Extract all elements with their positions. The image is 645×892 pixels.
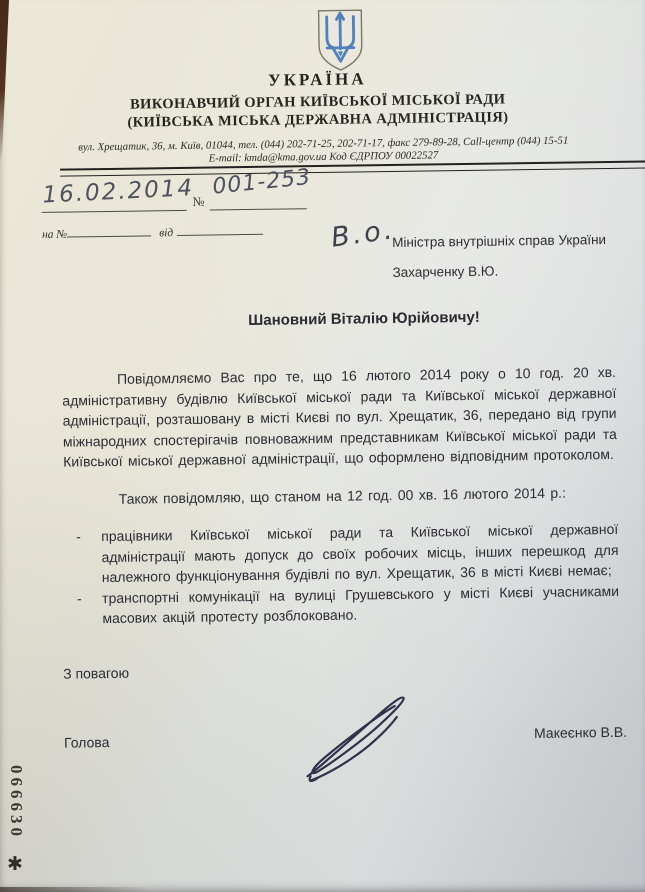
bullet-item-1-text: працівники Київської міської ради та Киї… — [101, 521, 618, 585]
body-paragraph-1: Повідомляємо Вас про те, що 16 лютого 20… — [62, 362, 617, 472]
valediction: З повагою — [63, 665, 129, 682]
letter-content: УКРАЇНА ВИКОНАВЧИЙ ОРГАН КИЇВСЬКОЇ МІСЬК… — [0, 0, 645, 892]
salutation: Шановний Віталію Юрійовичу! — [248, 309, 480, 329]
form-serial-number: 066630 — [6, 765, 26, 840]
dash-bullet-marker: - — [77, 588, 82, 609]
trident-emblem-icon — [312, 8, 369, 73]
signer-name: Макеєнко В.В. — [534, 724, 627, 741]
reply-date-blank — [177, 222, 263, 236]
handwritten-acting-abbreviation: В.о. — [329, 214, 397, 253]
bullet-item-2: - транспортні комунікації на вулиці Груш… — [65, 580, 620, 629]
reply-prefix-label: на № — [42, 229, 67, 241]
bullet-list: - працівники Київської міської ради та К… — [64, 519, 619, 629]
bullet-item-1: - працівники Київської міської ради та К… — [64, 519, 619, 588]
reply-reference-row: на №від — [42, 222, 263, 241]
signer-title: Голова — [64, 734, 110, 751]
addressee-block: Міністра внутрішніх справ України Захарч… — [392, 225, 607, 288]
handwritten-signature — [296, 687, 417, 789]
body-paragraph-2: Також повідомляю, що станом на 12 год. 0… — [64, 481, 618, 509]
letter-document: УКРАЇНА ВИКОНАВЧИЙ ОРГАН КИЇВСЬКОЇ МІСЬК… — [0, 0, 645, 892]
letter-body: Повідомляємо Вас про те, що 16 лютого 20… — [62, 362, 620, 629]
reply-from-label: від — [159, 227, 173, 239]
asterisk-mark: ✱ — [7, 853, 23, 876]
reply-number-blank — [67, 223, 151, 237]
addressee-name: Захарченку В.Ю. — [392, 255, 606, 288]
country-title: УКРАЇНА — [35, 66, 600, 94]
addressee-title: Міністра внутрішніх справ України — [392, 225, 606, 258]
dash-bullet-marker: - — [76, 526, 81, 547]
bullet-item-2-text: транспортні комунікації на вулиці Грушев… — [102, 582, 619, 626]
